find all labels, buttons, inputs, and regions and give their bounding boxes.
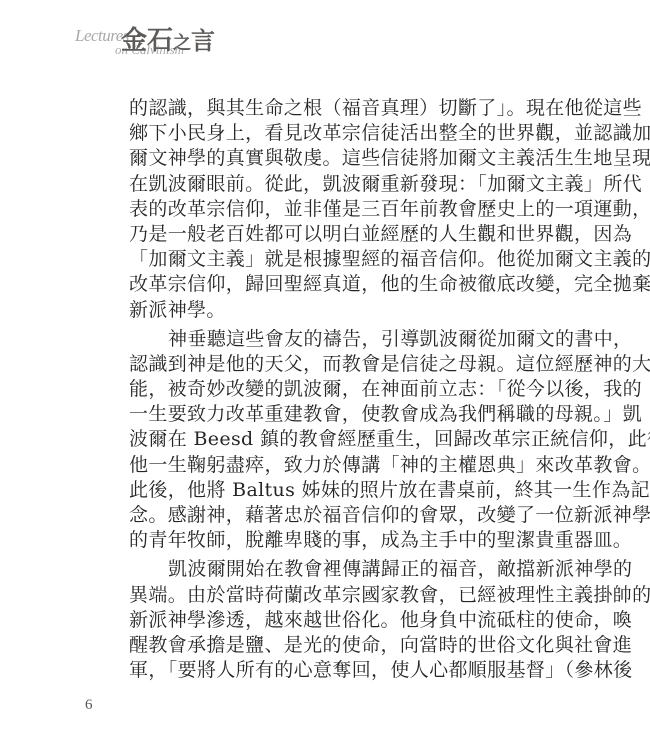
text-line: 軍，「要將人所有的心意奪回，使人心都順服基督」（參林後 [129, 658, 524, 683]
book-title-char: 石 [147, 26, 173, 56]
text-line: 此後，他將 Baltus 姊妹的照片放在書桌前，終其一生作為記 [129, 478, 524, 503]
text-line: 醒教會承擔是鹽、是光的使命，向當時的世俗文化與社會進 [129, 633, 524, 658]
text-line: 鄉下小民身上，看見改革宗信徒活出整全的世界觀，並認識加 [129, 121, 524, 146]
text-line: 乃是一般老百姓都可以明白並經歷的人生觀和世界觀，因為 [129, 222, 524, 247]
text-line: 的認識，與其生命之根（福音真理）切斷了」。現在他從這些 [129, 96, 524, 121]
text-line: 表的改革宗信仰，並非僅是三百年前教會歷史上的一項運動， [129, 197, 524, 222]
text-line: 認識到神是他的天父，而教會是信徒之母親。這位經歷神的大 [129, 352, 524, 377]
text-line: 「加爾文主義」就是根據聖經的福音信仰。他從加爾文主義的 [129, 247, 524, 272]
text-line: 神垂聽這些會友的禱告，引導凱波爾從加爾文的書中， [129, 327, 524, 352]
book-title-char: 金 [121, 26, 147, 56]
page-body-text: 的認識，與其生命之根（福音真理）切斷了」。現在他從這些 鄉下小民身上，看見改革宗… [129, 96, 524, 683]
book-title-char: 之 [173, 33, 191, 54]
text-line: 新派神學。 [129, 298, 524, 323]
book-header-logo: Lectures on Calvinism 金石之言 [75, 20, 235, 60]
book-title: 金石之言 [121, 20, 215, 57]
text-line: 凱波爾開始在教會裡傳講歸正的福音，敵擋新派神學的 [129, 557, 524, 582]
text-line: 異端。由於當時荷蘭改革宗國家教會，已經被理性主義掛帥的 [129, 583, 524, 608]
text-line: 在凱波爾眼前。從此，凱波爾重新發現：「加爾文主義」所代 [129, 172, 524, 197]
text-line: 念。感謝神，藉著忠於福音信仰的會眾，改變了一位新派神學 [129, 503, 524, 528]
paragraph: 神垂聽這些會友的禱告，引導凱波爾從加爾文的書中， 認識到神是他的天父，而教會是信… [129, 327, 524, 554]
book-title-char: 言 [191, 26, 215, 55]
text-line: 新派神學滲透，越來越世俗化。他身負中流砥柱的使命，喚 [129, 608, 524, 633]
text-line: 他一生鞠躬盡瘁，致力於傳講「神的主權恩典」來改革教會。 [129, 453, 524, 478]
text-line: 能，被奇妙改變的凱波爾，在神面前立志：「從今以後，我的 [129, 377, 524, 402]
text-line: 波爾在 Beesd 鎮的教會經歷重生，回歸改革宗正統信仰，此後 [129, 427, 524, 452]
paragraph: 凱波爾開始在教會裡傳講歸正的福音，敵擋新派神學的 異端。由於當時荷蘭改革宗國家教… [129, 557, 524, 683]
page-number: 6 [85, 697, 93, 714]
text-line: 的青年牧師，脫離卑賤的事，成為主手中的聖潔貴重器皿。 [129, 528, 524, 553]
text-line: 改革宗信仰，歸回聖經真道，他的生命被徹底改變，完全拋棄 [129, 272, 524, 297]
text-line: 爾文神學的真實與敬虔。這些信徒將加爾文主義活生生地呈現 [129, 146, 524, 171]
text-line: 一生要致力改革重建教會，使教會成為我們稱職的母親。」凱 [129, 402, 524, 427]
paragraph: 的認識，與其生命之根（福音真理）切斷了」。現在他從這些 鄉下小民身上，看見改革宗… [129, 96, 524, 323]
